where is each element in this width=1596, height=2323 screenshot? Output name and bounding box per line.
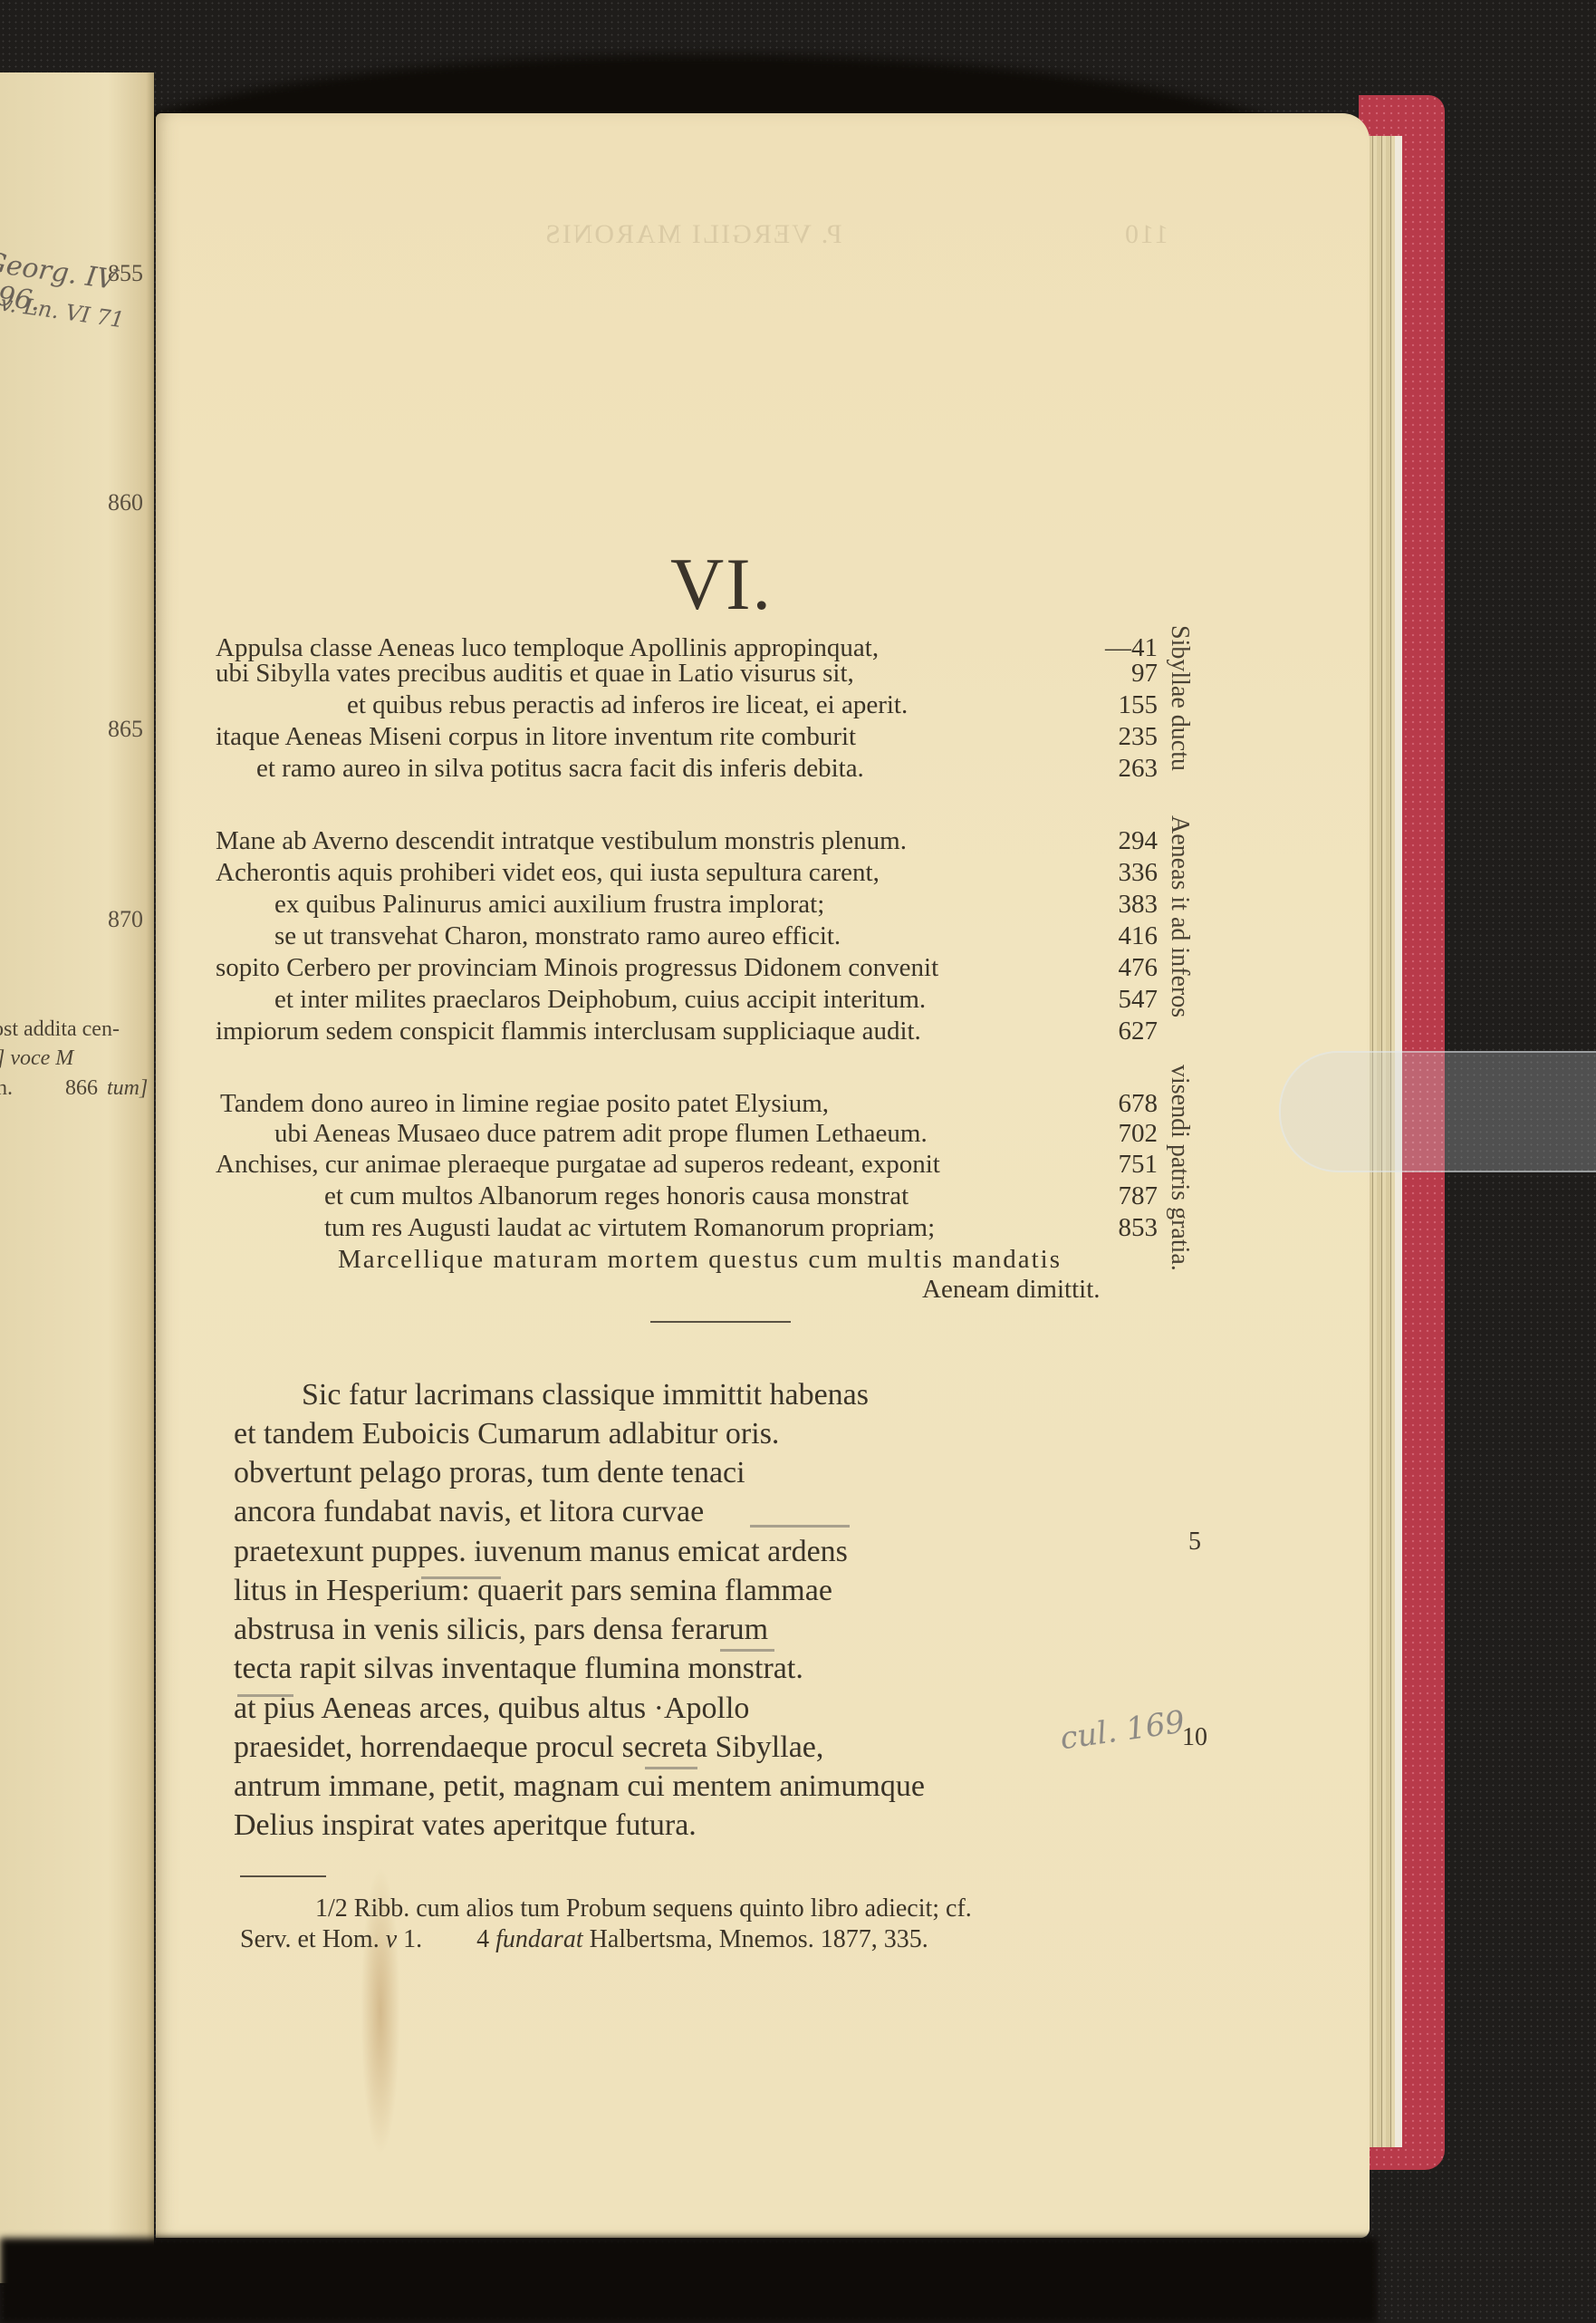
left-page: 855 860 865 870 Georg. IV 496. v. Ln. VI… (0, 72, 154, 2283)
verse-line: at pius Aeneas arces, quibus altus ·Apol… (234, 1691, 749, 1727)
footnote-divider (240, 1875, 326, 1877)
footnote-text: Halbertsma, Mnemos. 1877, 335. (583, 1925, 928, 1953)
verse-line: Delius inspirat vates aperitque futura. (234, 1807, 697, 1844)
argument-text: ubi Sibylla vates precibus auditis et qu… (216, 660, 854, 687)
argument-line-ref: 97 (1131, 660, 1158, 687)
verse-line: praesidet, horrendaeque procul secreta S… (234, 1730, 823, 1766)
left-footnote-fragment: h. (0, 1076, 13, 1101)
argument-text: impiorum sedem conspicit flammis intercl… (216, 1017, 921, 1045)
argument-text: ubi Aeneas Musaeo duce patrem adit prope… (274, 1120, 928, 1147)
argument-text: Marcellique maturam mortem questus cum m… (338, 1246, 1062, 1273)
argument-row: et quibus rebus peractis ad inferos ire … (216, 691, 1158, 718)
verse-line: litus in Hesperium: quaerit pars semina … (234, 1573, 832, 1609)
argument-text: Tandem dono aureo in limine regiae posit… (220, 1090, 829, 1117)
argument-row: Acherontis aquis prohiberi videt eos, qu… (216, 859, 1158, 886)
footnote-line: Serv. et Hom. v 1.4 fundarat Halbertsma,… (240, 1924, 928, 1955)
argument-text: Anchises, cur animae pleraeque purgatae … (216, 1151, 940, 1178)
argument-row: se ut transvehat Charon, monstrato ramo … (216, 922, 1158, 949)
left-line-number: 865 (108, 716, 143, 743)
pencil-underline (645, 1767, 697, 1769)
left-footnote-fragment: ost addita cen- (0, 1017, 120, 1042)
argument-line-ref: —41 (1105, 634, 1158, 661)
argument-text: itaque Aeneas Miseni corpus in litore in… (216, 723, 856, 750)
argument-text: tum res Augusti laudat ac virtutem Roman… (324, 1214, 935, 1241)
argument-line-ref: 235 (1119, 723, 1159, 750)
argument-row: Mane ab Averno descendit intratque vesti… (216, 827, 1158, 854)
argument-row: ubi Aeneas Musaeo duce patrem adit prope… (216, 1120, 1158, 1147)
left-footnote-fragment: ] voce M (0, 1046, 73, 1071)
argument-row: et inter milites praeclaros Deiphobum, c… (216, 986, 1158, 1013)
argument-text: se ut transvehat Charon, monstrato ramo … (274, 922, 841, 949)
footnote-line: 1/2 Ribb. cum alios tum Probum sequens q… (315, 1894, 972, 1924)
left-line-number: 860 (108, 489, 143, 516)
argument-text: Acherontis aquis prohiberi videt eos, qu… (216, 859, 880, 886)
argument-row: et ramo aureo in silva potitus sacra fac… (216, 755, 1158, 782)
argument-line-ref: 678 (1119, 1090, 1159, 1117)
argument-line-ref: 547 (1119, 986, 1159, 1013)
verse-number: 5 (1188, 1528, 1201, 1557)
argument-text: Mane ab Averno descendit intratque vesti… (216, 827, 907, 854)
argument-line-ref: 627 (1119, 1017, 1159, 1045)
footnote-text: 1. (397, 1925, 422, 1953)
argument-row: Aeneam dimittit. (216, 1276, 1158, 1303)
argument-row: ex quibus Palinurus amici auxilium frust… (216, 891, 1158, 918)
footnote-text: 4 (476, 1925, 495, 1953)
pencil-underline (720, 1649, 774, 1652)
argument-row: Marcellique maturam mortem questus cum m… (216, 1246, 1158, 1273)
chapter-heading: VI. (670, 542, 773, 627)
argument-line-ref: 336 (1119, 859, 1159, 886)
verse-line: Sic fatur lacrimans classique immittit h… (302, 1377, 869, 1413)
argument-row: itaque Aeneas Miseni corpus in litore in… (216, 723, 1158, 750)
argument-row: ubi Sibylla vates precibus auditis et qu… (216, 660, 1158, 687)
verse-line: abstrusa in venis silicis, pars densa fe… (234, 1612, 768, 1648)
argument-line-ref: 476 (1119, 954, 1159, 981)
left-footnote-fragment: 866 (65, 1076, 98, 1101)
argument-line-ref: 787 (1119, 1182, 1159, 1210)
argument-line-ref: 853 (1119, 1214, 1159, 1241)
footnote-italic-term: fundarat (495, 1925, 582, 1953)
bookmark-clip (1279, 1051, 1596, 1172)
ghost-header-title: P. VERGILI MARONIS (543, 219, 842, 250)
side-note-visendi-patris-gratia: visendi patris gratia. (1165, 1065, 1194, 1271)
argument-text: et cum multos Albanorum reges honoris ca… (324, 1182, 909, 1210)
ghost-page-number: 110 (1123, 219, 1168, 250)
argument-text: ex quibus Palinurus amici auxilium frust… (274, 891, 824, 918)
section-divider (650, 1321, 791, 1323)
side-note-aeneas-it-ad-inferos: Aeneas it ad inferos (1165, 815, 1194, 1017)
left-footnote-fragment: tum] (107, 1076, 148, 1101)
argument-row: tum res Augusti laudat ac virtutem Roman… (216, 1214, 1158, 1241)
side-note-sibyllae-ductu: Sibyllae ductu (1165, 625, 1194, 771)
argument-text: sopito Cerbero per provinciam Minois pro… (216, 954, 938, 981)
footnote-text: Serv. et Hom. (240, 1925, 386, 1953)
verse-line: antrum immane, petit, magnam cui mentem … (234, 1769, 925, 1805)
argument-text: Appulsa classe Aeneas luco temploque Apo… (216, 634, 879, 661)
argument-line-ref: 383 (1119, 891, 1159, 918)
verse-line: tecta rapit silvas inventaque flumina mo… (234, 1651, 803, 1687)
argument-row: Anchises, cur animae pleraeque purgatae … (216, 1151, 1158, 1178)
pencil-underline (237, 1694, 293, 1697)
footnote-symbol: v (386, 1925, 397, 1953)
argument-row: sopito Cerbero per provinciam Minois pro… (216, 954, 1158, 981)
argument-line-ref: 263 (1119, 755, 1159, 782)
argument-row: Tandem dono aureo in limine regiae posit… (216, 1090, 1158, 1117)
argument-line-ref: 751 (1119, 1151, 1159, 1178)
verse-line: praetexunt puppes. iuvenum manus emicat … (234, 1534, 848, 1570)
argument-line-ref: 155 (1119, 691, 1159, 718)
argument-row: Appulsa classe Aeneas luco temploque Apo… (216, 634, 1158, 661)
argument-text: Aeneam dimittit. (922, 1276, 1101, 1303)
argument-text: et ramo aureo in silva potitus sacra fac… (256, 755, 864, 782)
argument-text: et quibus rebus peractis ad inferos ire … (347, 691, 908, 718)
verse-line: obvertunt pelago proras, tum dente tenac… (234, 1455, 745, 1491)
argument-line-ref: 294 (1119, 827, 1159, 854)
book-shadow-bottom (0, 2238, 1377, 2323)
argument-text: et inter milites praeclaros Deiphobum, c… (274, 986, 926, 1013)
pencil-underline (750, 1525, 850, 1528)
verse-line: et tandem Euboicis Cumarum adlabitur ori… (234, 1416, 779, 1452)
argument-row: et cum multos Albanorum reges honoris ca… (216, 1182, 1158, 1210)
verse-line: ancora fundabat navis, et litora curvae (234, 1494, 704, 1530)
argument-row: impiorum sedem conspicit flammis intercl… (216, 1017, 1158, 1045)
left-line-number: 870 (108, 906, 143, 933)
argument-line-ref: 416 (1119, 922, 1159, 949)
argument-line-ref: 702 (1119, 1120, 1159, 1147)
pencil-underline (421, 1576, 501, 1579)
